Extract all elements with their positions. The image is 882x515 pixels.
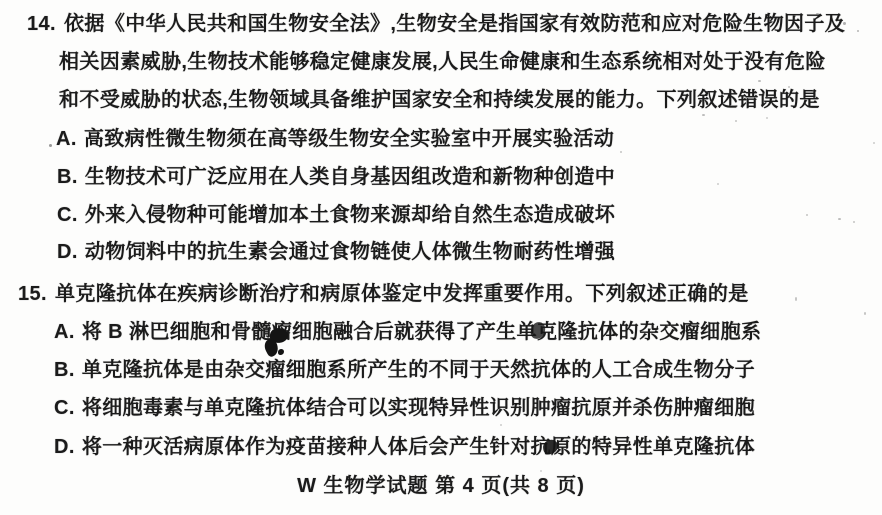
- question-14-stem-line-1: 14.依据《中华人民共和国生物安全法》,生物安全是指国家有效防范和应对危险生物因…: [27, 12, 845, 36]
- option-text: 生物技术可广泛应用在人类自身基因组改造和新物种创造中: [85, 166, 615, 188]
- question-14-option-b: B.生物技术可广泛应用在人类自身基因组改造和新物种创造中: [57, 165, 615, 189]
- noise-speck: [857, 30, 859, 32]
- question-15-option-d: D.将一种灭活病原体作为疫苗接种人体后会产生针对抗原的特异性单克隆抗体: [54, 435, 755, 459]
- option-label: C.: [57, 204, 78, 226]
- noise-speck: [853, 221, 855, 223]
- noise-speck: [620, 151, 622, 153]
- noise-speck: [816, 13, 819, 15]
- noise-speck: [500, 424, 502, 426]
- question-15-stem-line-1: 15.单克隆抗体在疾病诊断治疗和病原体鉴定中发挥重要作用。下列叙述正确的是: [18, 282, 749, 306]
- noise-speck: [540, 470, 542, 472]
- noise-speck: [758, 80, 761, 82]
- noise-speck: [49, 144, 52, 147]
- question-15-number: 15.: [18, 283, 47, 305]
- noise-speck: [766, 117, 768, 119]
- noise-speck: [806, 214, 808, 216]
- question-15-option-b: B.单克隆抗体是由杂交瘤细胞系所产生的不同于天然抗体的人工合成生物分子: [54, 358, 755, 382]
- noise-speck: [702, 114, 705, 116]
- option-text: 外来入侵物种可能增加本土食物来源却给自然生态造成破坏: [85, 204, 615, 226]
- noise-speck: [788, 86, 790, 88]
- option-text: 将细胞毒素与单克隆抗体结合可以实现特异性识别肿瘤抗原并杀伤肿瘤细胞: [82, 397, 755, 419]
- noise-speck: [735, 120, 737, 122]
- option-text: 高致病性微生物须在高等级生物安全实验室中开展实验活动: [84, 128, 614, 150]
- option-label: C.: [54, 397, 75, 419]
- noise-speck: [873, 142, 875, 144]
- ink-blot: [278, 349, 284, 355]
- option-text: 将一种灭活病原体作为疫苗接种人体后会产生针对抗原的特异性单克隆抗体: [82, 436, 755, 458]
- option-text: 单克隆抗体是由杂交瘤细胞系所产生的不同于天然抗体的人工合成生物分子: [82, 359, 755, 381]
- question-14-option-c: C.外来入侵物种可能增加本土食物来源却给自然生态造成破坏: [57, 203, 615, 227]
- noise-speck: [717, 183, 719, 185]
- question-14-option-a: A.高致病性微生物须在高等级生物安全实验室中开展实验活动: [56, 127, 614, 151]
- question-14-number: 14.: [27, 13, 56, 35]
- question-15-option-c: C.将细胞毒素与单克隆抗体结合可以实现特异性识别肿瘤抗原并杀伤肿瘤细胞: [54, 396, 755, 420]
- question-14-stem-line-3: 和不受威胁的状态,生物领域具备维护国家安全和持续发展的能力。下列叙述错误的是: [59, 88, 820, 112]
- option-label: B.: [57, 166, 78, 188]
- noise-speck: [843, 22, 846, 25]
- option-label: A.: [54, 321, 75, 343]
- question-14-stem-text-1: 依据《中华人民共和国生物安全法》,生物安全是指国家有效防范和应对危险生物因子及: [64, 13, 845, 35]
- noise-speck: [812, 90, 814, 92]
- question-14-stem-line-2: 相关因素威胁,生物技术能够稳定健康发展,人民生命健康和生态系统相对处于没有危险: [59, 50, 826, 74]
- question-14-option-d: D.动物饲料中的抗生素会通过食物链使人体微生物耐药性增强: [57, 240, 615, 264]
- noise-speck: [864, 312, 866, 315]
- question-15-option-a: A.将 B 淋巴细胞和骨髓瘤细胞融合后就获得了产生单克隆抗体的杂交瘤细胞系: [54, 320, 761, 344]
- option-label: B.: [54, 359, 75, 381]
- option-label: D.: [57, 241, 78, 263]
- option-text: 动物饲料中的抗生素会通过食物链使人体微生物耐药性增强: [85, 241, 615, 263]
- option-label: D.: [54, 436, 75, 458]
- page-footer: W 生物学试题 第 4 页(共 8 页): [0, 474, 882, 498]
- option-label: A.: [56, 128, 77, 150]
- exam-page: 14.依据《中华人民共和国生物安全法》,生物安全是指国家有效防范和应对危险生物因…: [0, 0, 882, 515]
- noise-speck: [838, 218, 841, 220]
- noise-speck: [795, 297, 797, 301]
- question-15-stem-text-1: 单克隆抗体在疾病诊断治疗和病原体鉴定中发挥重要作用。下列叙述正确的是: [55, 283, 749, 305]
- option-text: 将 B 淋巴细胞和骨髓瘤细胞融合后就获得了产生单克隆抗体的杂交瘤细胞系: [82, 321, 762, 343]
